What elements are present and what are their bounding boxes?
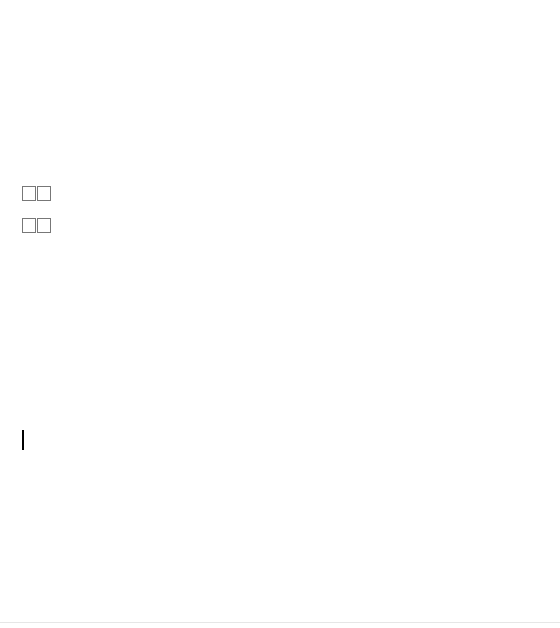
text-line-5[interactable] [22,323,24,348]
document-page [0,0,560,628]
missing-glyph-box [22,218,36,233]
missing-glyph-box [37,186,51,201]
text-line-yao[interactable] [22,183,54,208]
text-line-spring-autumn[interactable] [22,430,26,455]
missing-glyph-box [37,218,51,233]
text-line-yin-cont[interactable] [22,498,24,523]
text-line-tuan-cont[interactable] [22,398,24,423]
missing-glyph-box [22,186,36,201]
text-line-yang-cont[interactable] [22,598,24,623]
page-bottom-divider [0,622,560,623]
hexagram-caption-row [22,119,24,140]
text-line-xiang[interactable] [22,215,54,240]
text-line-autumn-spring[interactable] [22,531,24,556]
empty-paragraph [22,152,24,171]
text-cursor [22,430,24,450]
text-line-4[interactable] [22,281,24,306]
